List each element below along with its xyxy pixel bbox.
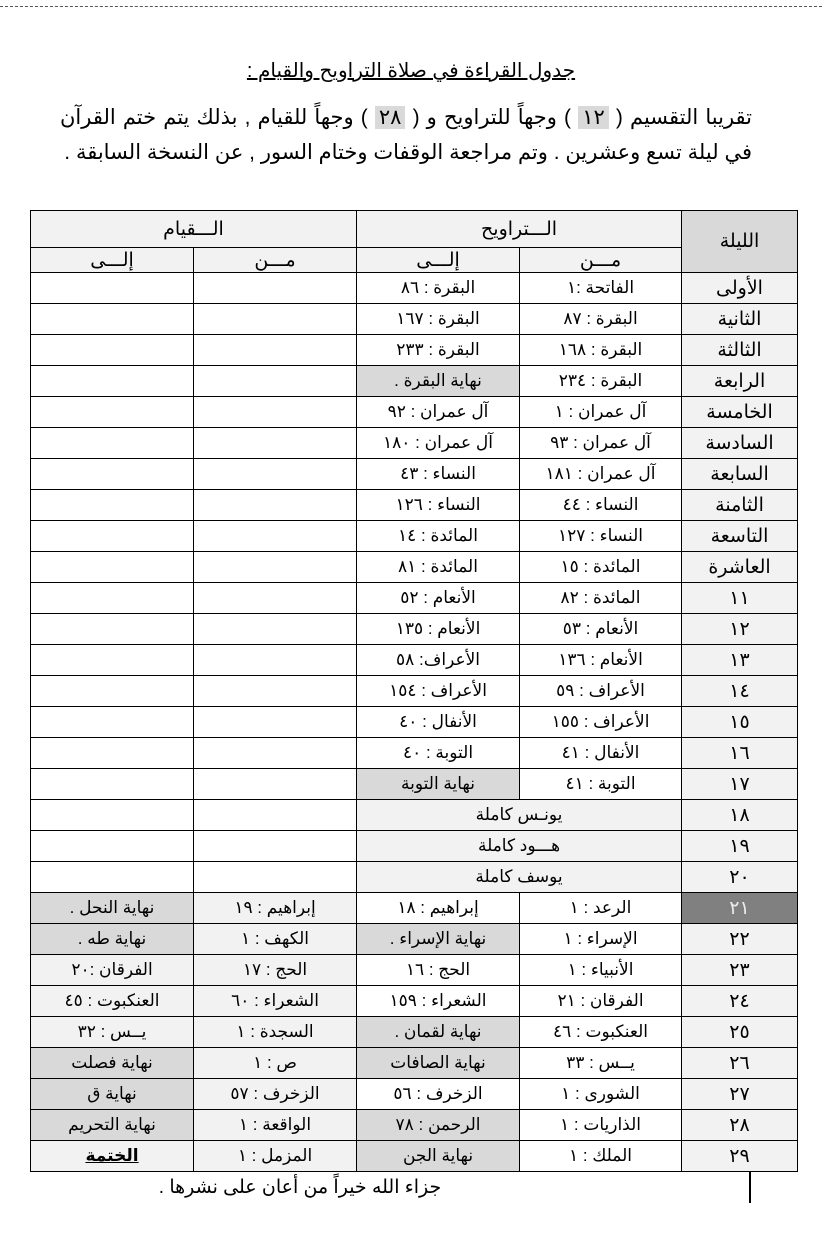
table-row: العاشرةالمائدة : ١٥المائدة : ٨١ — [31, 552, 798, 583]
night-cell: ١٧ — [682, 769, 798, 800]
taraweeh-to-cell: البقرة : ٢٣٣ — [357, 335, 520, 366]
taraweeh-to-cell: إبراهيم : ١٨ — [357, 893, 520, 924]
taraweeh-to-cell: آل عمران : ٩٢ — [357, 397, 520, 428]
header-taraweeh: الـــتراويح — [357, 211, 682, 248]
taraweeh-full-surah-cell: يوسف كاملة — [357, 862, 682, 893]
qiyam-from-cell: الحج : ١٧ — [194, 955, 357, 986]
intro-text-2: ) وجهاً للتراويح و ( — [405, 106, 578, 129]
qiyam-pages-highlight: ٢٨ — [375, 106, 406, 129]
table-row: ١٥الأعراف : ١٥٥الأنفال : ٤٠ — [31, 707, 798, 738]
night-cell: العاشرة — [682, 552, 798, 583]
table-row: ١٦الأنفال : ٤١التوبة : ٤٠ — [31, 738, 798, 769]
header-qiyam-to: إلـــى — [31, 248, 194, 273]
qiyam-from-cell — [194, 397, 357, 428]
footer-vertical-line — [749, 1171, 751, 1203]
taraweeh-from-cell: البقرة : ٨٧ — [520, 304, 682, 335]
taraweeh-to-cell: الأعراف: ٥٨ — [357, 645, 520, 676]
qiyam-from-cell — [194, 676, 357, 707]
table-row: ١٩هـــود كاملة — [31, 831, 798, 862]
night-cell: الخامسة — [682, 397, 798, 428]
night-cell: ٢٢ — [682, 924, 798, 955]
qiyam-to-cell — [31, 521, 194, 552]
qiyam-to-cell — [31, 490, 194, 521]
taraweeh-to-cell: آل عمران : ١٨٠ — [357, 428, 520, 459]
night-cell: ١٩ — [682, 831, 798, 862]
taraweeh-from-cell: الأعراف : ١٥٥ — [520, 707, 682, 738]
qiyam-to-cell — [31, 862, 194, 893]
taraweeh-from-cell: الرعد : ١ — [520, 893, 682, 924]
table-row: ٢٦يــس : ٣٣نهاية الصافاتص : ١نهاية فصلت — [31, 1048, 798, 1079]
night-cell: ٢٧ — [682, 1079, 798, 1110]
qiyam-to-cell: الختمة — [31, 1141, 194, 1172]
taraweeh-to-cell: البقرة : ٨٦ — [357, 273, 520, 304]
qiyam-from-cell — [194, 769, 357, 800]
taraweeh-to-cell: التوبة : ٤٠ — [357, 738, 520, 769]
qiyam-from-cell: المزمل : ١ — [194, 1141, 357, 1172]
night-cell: ٢٥ — [682, 1017, 798, 1048]
taraweeh-from-cell: الأعراف : ٥٩ — [520, 676, 682, 707]
night-cell: ١١ — [682, 583, 798, 614]
taraweeh-from-cell: البقرة : ٢٣٤ — [520, 366, 682, 397]
night-cell: السابعة — [682, 459, 798, 490]
table-row: ٢٠يوسف كاملة — [31, 862, 798, 893]
qiyam-to-cell: نهاية التحريم — [31, 1110, 194, 1141]
qiyam-from-cell — [194, 831, 357, 862]
qiyam-to-cell — [31, 366, 194, 397]
taraweeh-to-cell: النساء : ٤٣ — [357, 459, 520, 490]
taraweeh-to-cell: الشعراء : ١٥٩ — [357, 986, 520, 1017]
taraweeh-from-cell: آل عمران : ١ — [520, 397, 682, 428]
night-cell: الثامنة — [682, 490, 798, 521]
taraweeh-from-cell: آل عمران : ١٨١ — [520, 459, 682, 490]
qiyam-from-cell — [194, 707, 357, 738]
night-cell: ١٨ — [682, 800, 798, 831]
qiyam-to-cell: نهاية طه . — [31, 924, 194, 955]
table-row: ١٨يونـس كاملة — [31, 800, 798, 831]
header-night: الليلة — [682, 211, 798, 273]
taraweeh-to-cell: نهاية التوبة — [357, 769, 520, 800]
table-row: ٢٥العنكبوت : ٤٦نهاية لقمان .السجدة : ١يـ… — [31, 1017, 798, 1048]
qiyam-to-cell — [31, 738, 194, 769]
header-qiyam-from: مـــن — [194, 248, 357, 273]
table-row: ٢٩الملك : ١نهاية الجنالمزمل : ١الختمة — [31, 1141, 798, 1172]
qiyam-to-cell — [31, 769, 194, 800]
taraweeh-to-cell: النساء : ١٢٦ — [357, 490, 520, 521]
night-cell: السادسة — [682, 428, 798, 459]
qiyam-to-cell: نهاية فصلت — [31, 1048, 194, 1079]
night-cell: ١٥ — [682, 707, 798, 738]
night-cell: التاسعة — [682, 521, 798, 552]
qiyam-from-cell: الزخرف : ٥٧ — [194, 1079, 357, 1110]
taraweeh-from-cell: الملك : ١ — [520, 1141, 682, 1172]
table-row: التاسعةالنساء : ١٢٧المائدة : ١٤ — [31, 521, 798, 552]
taraweeh-from-cell: الفاتحة :١ — [520, 273, 682, 304]
qiyam-from-cell — [194, 552, 357, 583]
taraweeh-to-cell: البقرة : ١٦٧ — [357, 304, 520, 335]
taraweeh-from-cell: النساء : ١٢٧ — [520, 521, 682, 552]
qiyam-to-cell — [31, 583, 194, 614]
qiyam-from-cell: السجدة : ١ — [194, 1017, 357, 1048]
taraweeh-from-cell: الأنبياء : ١ — [520, 955, 682, 986]
taraweeh-from-cell: الأنفال : ٤١ — [520, 738, 682, 769]
taraweeh-from-cell: الشورى : ١ — [520, 1079, 682, 1110]
qiyam-from-cell — [194, 490, 357, 521]
qiyam-to-cell — [31, 676, 194, 707]
taraweeh-to-cell: الزخرف : ٥٦ — [357, 1079, 520, 1110]
qiyam-from-cell — [194, 366, 357, 397]
qiyam-to-cell: يــس : ٣٢ — [31, 1017, 194, 1048]
qiyam-from-cell — [194, 521, 357, 552]
taraweeh-to-cell: الأنعام : ٥٢ — [357, 583, 520, 614]
intro-text-1: تقريبا التقسيم ( — [609, 106, 752, 129]
qiyam-from-cell — [194, 583, 357, 614]
reading-schedule-table: الليلة الـــتراويح الـــقيام مـــن إلـــ… — [30, 210, 798, 1172]
intro-paragraph: تقريبا التقسيم ( ١٢ ) وجهاً للتراويح و (… — [60, 100, 752, 170]
night-cell: ٢٤ — [682, 986, 798, 1017]
header-qiyam: الـــقيام — [31, 211, 357, 248]
qiyam-from-cell — [194, 738, 357, 769]
qiyam-to-cell — [31, 552, 194, 583]
taraweeh-from-cell: الفرقان : ٢١ — [520, 986, 682, 1017]
night-cell: ٢٠ — [682, 862, 798, 893]
qiyam-to-cell: الفرقان :٢٠ — [31, 955, 194, 986]
qiyam-to-cell — [31, 428, 194, 459]
taraweeh-from-cell: النساء : ٤٤ — [520, 490, 682, 521]
qiyam-from-cell — [194, 614, 357, 645]
night-cell: الثانية — [682, 304, 798, 335]
qiyam-to-cell — [31, 397, 194, 428]
taraweeh-to-cell: المائدة : ١٤ — [357, 521, 520, 552]
table-row: ٢٧الشورى : ١الزخرف : ٥٦الزخرف : ٥٧نهاية … — [31, 1079, 798, 1110]
taraweeh-full-surah-cell: يونـس كاملة — [357, 800, 682, 831]
taraweeh-to-cell: الأنفال : ٤٠ — [357, 707, 520, 738]
taraweeh-from-cell: الإسراء : ١ — [520, 924, 682, 955]
taraweeh-pages-highlight: ١٢ — [578, 106, 609, 129]
night-cell: الأولى — [682, 273, 798, 304]
table-row: الخامسةآل عمران : ١آل عمران : ٩٢ — [31, 397, 798, 428]
night-cell: ١٣ — [682, 645, 798, 676]
qiyam-from-cell — [194, 304, 357, 335]
night-cell: ٢٨ — [682, 1110, 798, 1141]
taraweeh-from-cell: آل عمران : ٩٣ — [520, 428, 682, 459]
qiyam-from-cell — [194, 335, 357, 366]
night-cell: الرابعة — [682, 366, 798, 397]
qiyam-from-cell: الكهف : ١ — [194, 924, 357, 955]
table-row: الأولىالفاتحة :١البقرة : ٨٦ — [31, 273, 798, 304]
table-row: ٢٤الفرقان : ٢١الشعراء : ١٥٩الشعراء : ٦٠ا… — [31, 986, 798, 1017]
taraweeh-from-cell: يــس : ٣٣ — [520, 1048, 682, 1079]
table-row: ١٧التوبة : ٤١نهاية التوبة — [31, 769, 798, 800]
taraweeh-to-cell: المائدة : ٨١ — [357, 552, 520, 583]
taraweeh-from-cell: التوبة : ٤١ — [520, 769, 682, 800]
taraweeh-from-cell: الذاريات : ١ — [520, 1110, 682, 1141]
qiyam-from-cell — [194, 800, 357, 831]
taraweeh-to-cell: نهاية الجن — [357, 1141, 520, 1172]
header-taraweeh-from: مـــن — [520, 248, 682, 273]
qiyam-to-cell — [31, 645, 194, 676]
taraweeh-to-cell: نهاية الإسراء . — [357, 924, 520, 955]
qiyam-from-cell — [194, 273, 357, 304]
table-row: ٢٢الإسراء : ١نهاية الإسراء .الكهف : ١نها… — [31, 924, 798, 955]
qiyam-from-cell: الواقعة : ١ — [194, 1110, 357, 1141]
qiyam-to-cell — [31, 707, 194, 738]
night-cell: ٢٦ — [682, 1048, 798, 1079]
qiyam-from-cell — [194, 459, 357, 490]
header-taraweeh-to: إلـــى — [357, 248, 520, 273]
table-row: ١٤الأعراف : ٥٩الأعراف : ١٥٤ — [31, 676, 798, 707]
table-row: الرابعةالبقرة : ٢٣٤نهاية البقرة . — [31, 366, 798, 397]
qiyam-to-cell — [31, 273, 194, 304]
qiyam-from-cell — [194, 428, 357, 459]
qiyam-to-cell — [31, 304, 194, 335]
table-row: ١١المائدة : ٨٢الأنعام : ٥٢ — [31, 583, 798, 614]
table-row: السادسةآل عمران : ٩٣آل عمران : ١٨٠ — [31, 428, 798, 459]
header-row-groups: الليلة الـــتراويح الـــقيام — [31, 211, 798, 248]
night-cell: ٢٣ — [682, 955, 798, 986]
taraweeh-from-cell: الأنعام : ٥٣ — [520, 614, 682, 645]
qiyam-to-cell — [31, 335, 194, 366]
table-row: السابعةآل عمران : ١٨١النساء : ٤٣ — [31, 459, 798, 490]
page-title: جدول القراءة في صلاة التراويح والقيام : — [0, 58, 822, 83]
table-row: ٢٣الأنبياء : ١الحج : ١٦الحج : ١٧الفرقان … — [31, 955, 798, 986]
qiyam-to-cell: العنكبوت : ٤٥ — [31, 986, 194, 1017]
qiyam-to-cell: نهاية ق — [31, 1079, 194, 1110]
qiyam-to-cell — [31, 831, 194, 862]
table-row: الثانيةالبقرة : ٨٧البقرة : ١٦٧ — [31, 304, 798, 335]
taraweeh-from-cell: الأنعام : ١٣٦ — [520, 645, 682, 676]
qiyam-from-cell: الشعراء : ٦٠ — [194, 986, 357, 1017]
table-row: ١٢الأنعام : ٥٣الأنعام : ١٣٥ — [31, 614, 798, 645]
table-row: ٢٨الذاريات : ١الرحمن : ٧٨الواقعة : ١نهاي… — [31, 1110, 798, 1141]
qiyam-from-cell: ص : ١ — [194, 1048, 357, 1079]
qiyam-to-cell — [31, 459, 194, 490]
taraweeh-from-cell: المائدة : ١٥ — [520, 552, 682, 583]
night-cell: ١٢ — [682, 614, 798, 645]
table-row: الثالثةالبقرة : ١٦٨البقرة : ٢٣٣ — [31, 335, 798, 366]
taraweeh-to-cell: الرحمن : ٧٨ — [357, 1110, 520, 1141]
night-cell: الثالثة — [682, 335, 798, 366]
taraweeh-to-cell: الأعراف : ١٥٤ — [357, 676, 520, 707]
taraweeh-to-cell: نهاية الصافات — [357, 1048, 520, 1079]
qiyam-from-cell — [194, 645, 357, 676]
table-row: ٢١الرعد : ١إبراهيم : ١٨إبراهيم : ١٩نهاية… — [31, 893, 798, 924]
table-row: ١٣الأنعام : ١٣٦الأعراف: ٥٨ — [31, 645, 798, 676]
table-row: الثامنةالنساء : ٤٤النساء : ١٢٦ — [31, 490, 798, 521]
taraweeh-full-surah-cell: هـــود كاملة — [357, 831, 682, 862]
qiyam-to-cell: نهاية النحل . — [31, 893, 194, 924]
night-cell: ١٤ — [682, 676, 798, 707]
night-cell: ٢٩ — [682, 1141, 798, 1172]
footer-note: جزاء الله خيراً من أعان على نشرها . — [0, 1176, 600, 1199]
taraweeh-from-cell: العنكبوت : ٤٦ — [520, 1017, 682, 1048]
taraweeh-from-cell: البقرة : ١٦٨ — [520, 335, 682, 366]
taraweeh-to-cell: نهاية البقرة . — [357, 366, 520, 397]
taraweeh-to-cell: الحج : ١٦ — [357, 955, 520, 986]
taraweeh-to-cell: الأنعام : ١٣٥ — [357, 614, 520, 645]
qiyam-from-cell: إبراهيم : ١٩ — [194, 893, 357, 924]
qiyam-to-cell — [31, 800, 194, 831]
qiyam-to-cell — [31, 614, 194, 645]
taraweeh-to-cell: نهاية لقمان . — [357, 1017, 520, 1048]
qiyam-from-cell — [194, 862, 357, 893]
page-top-dashed-border — [0, 6, 822, 7]
night-cell: ٢١ — [682, 893, 798, 924]
night-cell: ١٦ — [682, 738, 798, 769]
taraweeh-from-cell: المائدة : ٨٢ — [520, 583, 682, 614]
